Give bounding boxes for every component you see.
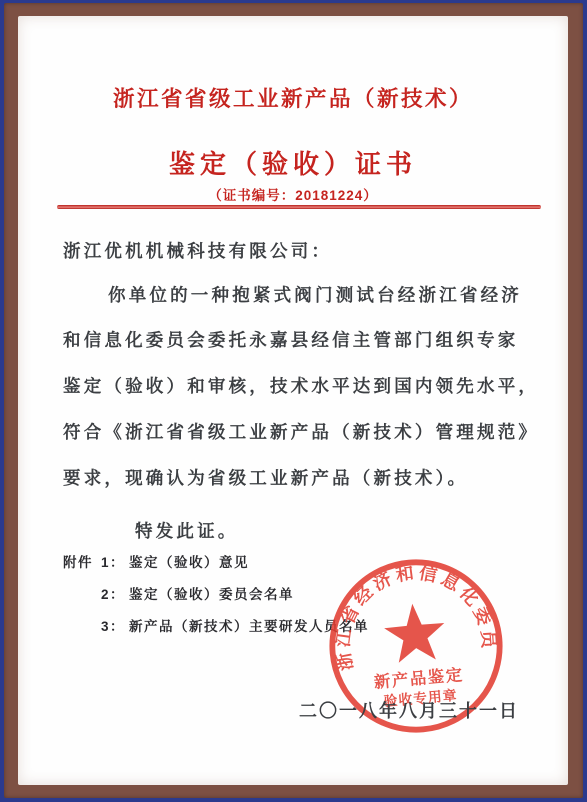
attachment-number: 1：	[101, 551, 129, 571]
certificate-title-line2: 鉴定（验收）证书	[18, 144, 568, 181]
attachment-number: 3：	[101, 615, 129, 635]
salutation-line: 浙江优机机械科技有限公司：	[63, 238, 543, 263]
issue-date: 二〇一八年八月三十一日	[299, 697, 519, 723]
attachment-number: 2：	[101, 583, 129, 603]
body-line: 鉴定（验收）和审核，技术水平达到国内领先水平，	[63, 373, 543, 398]
certificate-scan: { "page": { "title_line1": "浙江省省级工业新产品（新…	[0, 0, 587, 802]
attachments-label: 附件	[63, 551, 101, 571]
attachment-text: 鉴定（验收）委员会名单	[129, 583, 294, 603]
star-icon	[382, 601, 447, 664]
seal-ring-text: 浙江省经济和信息化委员会	[318, 548, 500, 674]
certificate-title-line1: 浙江省省级工业新产品（新技术）	[18, 82, 568, 113]
body-line: 和信息化委员会委托永嘉县经信主管部门组织专家	[63, 327, 543, 352]
body-line: 要求，现确认为省级工业新产品（新技术）。	[63, 465, 543, 490]
body-line: 符合《浙江省省级工业新产品（新技术）管理规范》	[63, 419, 543, 444]
attachment-item: 2： 鉴定（验收）委员会名单	[63, 583, 294, 603]
certificate-number: （证书编号：20181224）	[18, 184, 568, 204]
closing-line: 特发此证。	[63, 518, 587, 543]
attachment-text: 鉴定（验收）意见	[129, 551, 249, 571]
seal-center-line1: 新产品鉴定	[373, 665, 464, 692]
attachment-item: 附件 1： 鉴定（验收）意见	[63, 551, 249, 571]
body-line: 你单位的一种抱紧式阀门测试台经浙江省经济	[63, 282, 587, 307]
divider-rule	[57, 205, 541, 209]
certificate-page: 浙江省省级工业新产品（新技术） 鉴定（验收）证书 （证书编号：20181224）…	[18, 16, 568, 785]
attachment-item: 3： 新产品（新技术）主要研发人员名单	[63, 615, 369, 635]
attachment-text: 新产品（新技术）主要研发人员名单	[129, 615, 369, 635]
